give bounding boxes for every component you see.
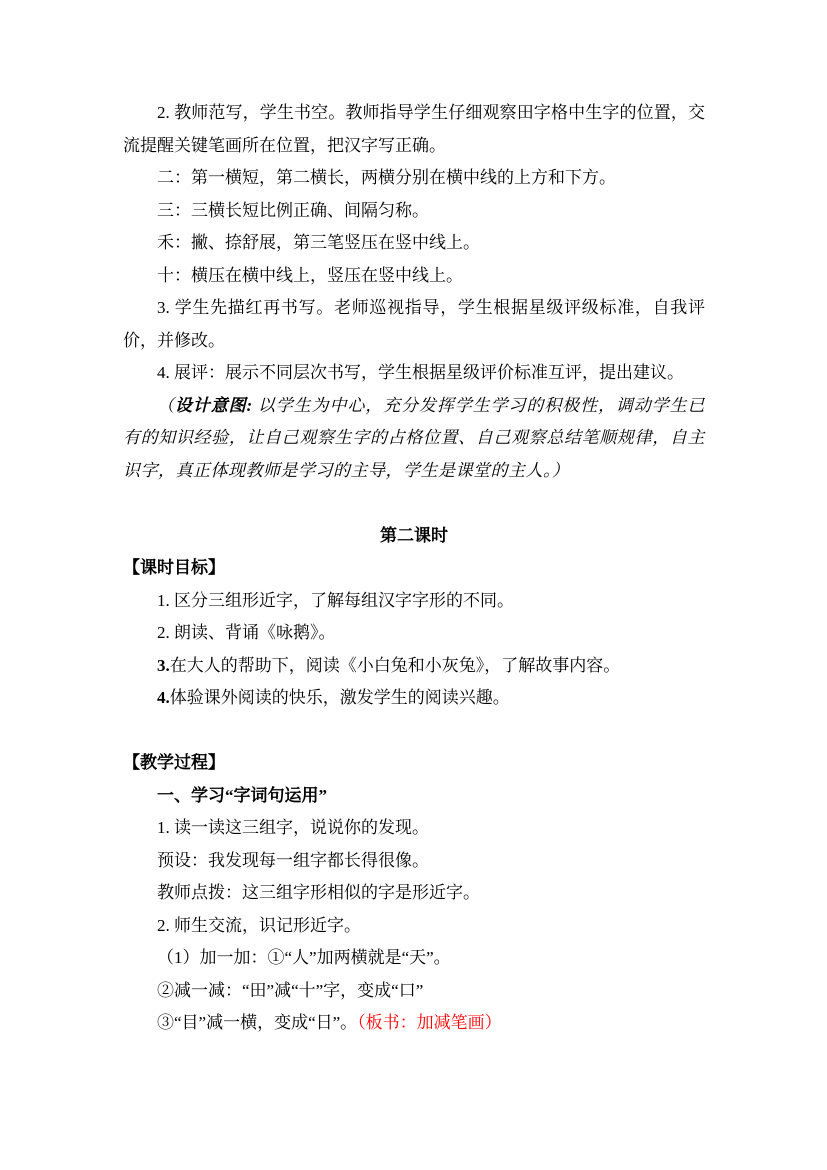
paragraph-teacher-demo: 2. 教师范写，学生书空。教师指导学生仔细观察田字格中生字的位置，交流提醒关键笔… xyxy=(123,97,705,162)
stroke-note-shi: 十：横压在横中线上，竖压在竖中线上。 xyxy=(123,260,705,293)
goals-header: 【课时目标】 xyxy=(123,552,705,585)
design-intent-open-paren: （ xyxy=(157,396,175,415)
goal-item-3-number: 3. xyxy=(157,656,170,675)
paragraph-design-intent: （设计意图: 以学生为中心，充分发挥学生学习的积极性，调动学生已有的知识经验，让… xyxy=(123,390,705,488)
paragraph-trace-write: 3. 学生先描红再书写。老师巡视指导，学生根据星级评级标准，自我评价，并修改。 xyxy=(123,292,705,357)
goal-item-4-number: 4. xyxy=(157,688,170,707)
board-note: （板书：加减笔画） xyxy=(357,1013,502,1032)
stroke-note-san: 三：三横长短比例正确、间隔匀称。 xyxy=(123,195,705,228)
document-page: 2. 教师范写，学生书空。教师指导学生仔细观察田字格中生字的位置，交流提醒关键笔… xyxy=(0,0,827,1170)
goal-item-4-text: 体验课外阅读的快乐，激发学生的阅读兴趣。 xyxy=(170,688,510,707)
blank-line xyxy=(123,487,705,520)
goal-item-3: 3.在大人的帮助下，阅读《小白兔和小灰兔》，了解故事内容。 xyxy=(123,650,705,683)
step1-line: 1. 读一读这三组字，说说你的发现。 xyxy=(123,812,705,845)
stroke-note-er: 二：第一横短，第二横长，两横分别在横中线的上方和下方。 xyxy=(123,162,705,195)
document-body: 2. 教师范写，学生书空。教师指导学生仔细观察田字格中生字的位置，交流提醒关键笔… xyxy=(123,97,705,1040)
add-method-line: （1）加一加：①“人”加两横就是“天”。 xyxy=(123,942,705,975)
session2-title: 第二课时 xyxy=(123,520,705,553)
goal-item-4: 4.体验课外阅读的快乐，激发学生的阅读兴趣。 xyxy=(123,682,705,715)
goal-item-1: 1. 区分三组形近字，了解每组汉字字形的不同。 xyxy=(123,585,705,618)
blank-line xyxy=(123,715,705,748)
subtract-method-line-1: ②减一减：“田”减“十”字，变成“口” xyxy=(123,975,705,1008)
preset-line: 预设：我发现每一组字都长得很像。 xyxy=(123,845,705,878)
goal-item-2: 2. 朗读、背诵《咏鹅》。 xyxy=(123,617,705,650)
design-intent-label: 设计意图: xyxy=(175,396,253,415)
paragraph-show-review: 4. 展评：展示不同层次书写，学生根据星级评价标准互评，提出建议。 xyxy=(123,357,705,390)
step2-line: 2. 师生交流，识记形近字。 xyxy=(123,910,705,943)
stroke-note-he: 禾：撇、捺舒展，第三笔竖压在竖中线上。 xyxy=(123,227,705,260)
goal-item-3-text: 在大人的帮助下，阅读《小白兔和小灰兔》，了解故事内容。 xyxy=(170,656,621,675)
process-header: 【教学过程】 xyxy=(123,747,705,780)
activity1-header: 一、学习“字词句运用” xyxy=(123,780,705,813)
teacher-tip-line: 教师点拨：这三组字形相似的字是形近字。 xyxy=(123,877,705,910)
subtract-method-text: ③“目”减一横，变成“日”。 xyxy=(157,1013,357,1032)
subtract-method-line-2: ③“目”减一横，变成“日”。（板书：加减笔画） xyxy=(123,1007,705,1040)
